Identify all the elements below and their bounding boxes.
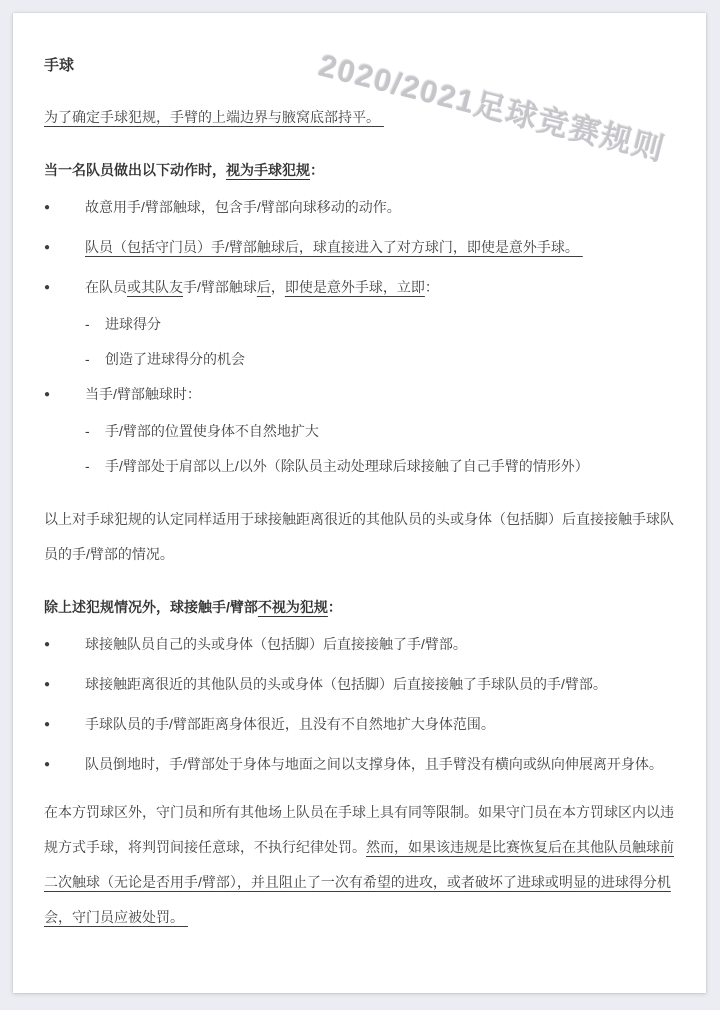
text-run: 手/臂部处于肩部以上/以外（除队员主动处理球后球接触了自己手臂的情形外） <box>105 449 678 484</box>
not-offence-item-other-player: ●球接触距离很近的其他队员的头或身体（包括脚）后直接接触了手球队员的手/臂部。 <box>44 667 678 702</box>
doc-title: 手球 <box>44 48 678 83</box>
text-run: 在队员或其队友手/臂部触球后，即使是意外手球，立即： <box>85 270 678 305</box>
not-offence-item-own-body: ●球接触队员自己的头或身体（包括脚）后直接接触了手/臂部。 <box>44 627 678 662</box>
underlined-text: 或其队友 <box>127 279 183 295</box>
not-offence-item-close-to-body: ●手球队员的手/臂部距离身体很近，且没有不自然地扩大身体范围。 <box>44 707 678 742</box>
bullet-marker: ● <box>44 627 85 662</box>
intro-paragraph: 为了确定手球犯规，手臂的上端边界与腋窝底部持平。 <box>44 100 678 135</box>
underlined-text: 即使是意外手球，立即 <box>285 279 425 295</box>
plain-text: 当手/臂部触球时： <box>85 386 201 402</box>
text-run: 进球得分 <box>105 307 678 342</box>
sub-item-unnatural-bigger: -手/臂部的位置使身体不自然地扩大 <box>44 414 678 449</box>
plain-text: 故意用手/臂部触球，包含手/臂部向球移动的动作。 <box>85 199 401 215</box>
bullet-marker: ● <box>44 270 85 305</box>
plain-text: 手/臂部触球 <box>183 279 257 295</box>
offence-item-goal-direct: ●队员（包括守门员）手/臂部触球后，球直接进入了对方球门，即使是意外手球。 <box>44 230 678 265</box>
plain-text: 除上述犯规情况外，球接触手/臂部 <box>44 599 258 615</box>
text-run: 球接触距离很近的其他队员的头或身体（包括脚）后直接接触了手球队员的手/臂部。 <box>85 667 678 702</box>
goalkeeper-paragraph: 在本方罚球区外，守门员和所有其他场上队员在手球上具有同等限制。如果守门员在本方罚… <box>44 795 678 935</box>
text-run: 当一名队员做出以下动作时，视为手球犯规： <box>44 162 324 178</box>
text-run: 创造了进球得分的机会 <box>105 342 678 377</box>
sub-item-score: -进球得分 <box>44 307 678 342</box>
bullet-marker: ● <box>44 747 85 782</box>
plain-text: 进球得分 <box>105 316 161 332</box>
text-run: 队员（包括守门员）手/臂部触球后，球直接进入了对方球门，即使是意外手球。 <box>85 230 678 265</box>
text-run: 以上对手球犯规的认定同样适用于球接触距离很近的其他队员的头或身体（包括脚）后直接… <box>44 511 674 562</box>
text-run: 为了确定手球犯规，手臂的上端边界与腋窝底部持平。 <box>44 109 384 125</box>
plain-text: 手/臂部的位置使身体不自然地扩大 <box>105 423 319 439</box>
dash-marker: - <box>85 449 105 484</box>
plain-text: ： <box>425 279 439 295</box>
plain-text: 在队员 <box>85 279 127 295</box>
text-run: 手球队员的手/臂部距离身体很近，且没有不自然地扩大身体范围。 <box>85 707 678 742</box>
plain-text: 手/臂部处于肩部以上/以外（除队员主动处理球后球接触了自己手臂的情形外） <box>105 458 589 474</box>
bullet-marker: ● <box>44 707 85 742</box>
plain-text: 当一名队员做出以下动作时， <box>44 162 226 178</box>
underlined-text: 队员（包括守门员）手/臂部触球后，球直接进入了对方球门，即使是意外手球。 <box>85 239 583 255</box>
plain-text: ， <box>271 279 285 295</box>
dash-marker: - <box>85 307 105 342</box>
offence-item-immediately: ●在队员或其队友手/臂部触球后，即使是意外手球，立即： <box>44 270 678 305</box>
offence-heading: 当一名队员做出以下动作时，视为手球犯规： <box>44 153 678 188</box>
plain-text: 球接触距离很近的其他队员的头或身体（包括脚）后直接接触了手球队员的手/臂部。 <box>85 676 607 692</box>
plain-text: 手球队员的手/臂部距离身体很近，且没有不自然地扩大身体范围。 <box>85 716 495 732</box>
plain-text: ： <box>328 599 342 615</box>
plain-text: 队员倒地时，手/臂部处于身体与地面之间以支撑身体，且手臂没有横向或纵向伸展离开身… <box>85 756 663 772</box>
underlined-text: 为了确定手球犯规，手臂的上端边界与腋窝底部持平。 <box>44 109 384 125</box>
text-run: 队员倒地时，手/臂部处于身体与地面之间以支撑身体，且手臂没有横向或纵向伸展离开身… <box>85 747 678 782</box>
text-run: 故意用手/臂部触球，包含手/臂部向球移动的动作。 <box>85 190 678 225</box>
not-offence-item-falling: ●队员倒地时，手/臂部处于身体与地面之间以支撑身体，且手臂没有横向或纵向伸展离开… <box>44 747 678 782</box>
offence-item-when-touch: ●当手/臂部触球时： <box>44 377 678 412</box>
dash-marker: - <box>85 414 105 449</box>
sub-item-above-shoulder: -手/臂部处于肩部以上/以外（除队员主动处理球后球接触了自己手臂的情形外） <box>44 449 678 484</box>
applies-also-paragraph: 以上对手球犯规的认定同样适用于球接触距离很近的其他队员的头或身体（包括脚）后直接… <box>44 502 678 572</box>
text-run: 手/臂部的位置使身体不自然地扩大 <box>105 414 678 449</box>
plain-text: 手球 <box>44 57 74 74</box>
plain-text: ： <box>310 162 324 178</box>
bullet-marker: ● <box>44 667 85 702</box>
bullet-marker: ● <box>44 377 85 412</box>
bullet-marker: ● <box>44 230 85 265</box>
text-run: 手球 <box>44 57 74 74</box>
text-run: 球接触队员自己的头或身体（包括脚）后直接接触了手/臂部。 <box>85 627 678 662</box>
bullet-marker: ● <box>44 190 85 225</box>
text-run: 除上述犯规情况外，球接触手/臂部不视为犯规： <box>44 599 342 615</box>
underlined-text: 视为手球犯规 <box>226 162 310 178</box>
not-offence-heading: 除上述犯规情况外，球接触手/臂部不视为犯规： <box>44 590 678 625</box>
text-run: 在本方罚球区外，守门员和所有其他场上队员在手球上具有同等限制。如果守门员在本方罚… <box>44 804 674 925</box>
plain-text: 球接触队员自己的头或身体（包括脚）后直接接触了手/臂部。 <box>85 636 467 652</box>
underlined-text: 后 <box>257 279 271 295</box>
app-canvas: 手球为了确定手球犯规，手臂的上端边界与腋窝底部持平。 当一名队员做出以下动作时，… <box>0 0 720 1010</box>
sub-item-create-chance: -创造了进球得分的机会 <box>44 342 678 377</box>
text-run: 当手/臂部触球时： <box>85 377 678 412</box>
underlined-text: 不视为犯规 <box>258 599 328 615</box>
dash-marker: - <box>85 342 105 377</box>
document-content: 手球为了确定手球犯规，手臂的上端边界与腋窝底部持平。 当一名队员做出以下动作时，… <box>44 48 678 935</box>
offence-item-deliberate: ●故意用手/臂部触球，包含手/臂部向球移动的动作。 <box>44 190 678 225</box>
document-page: 手球为了确定手球犯规，手臂的上端边界与腋窝底部持平。 当一名队员做出以下动作时，… <box>13 13 706 993</box>
plain-text: 创造了进球得分的机会 <box>105 351 245 367</box>
plain-text: 以上对手球犯规的认定同样适用于球接触距离很近的其他队员的头或身体（包括脚）后直接… <box>44 511 674 562</box>
